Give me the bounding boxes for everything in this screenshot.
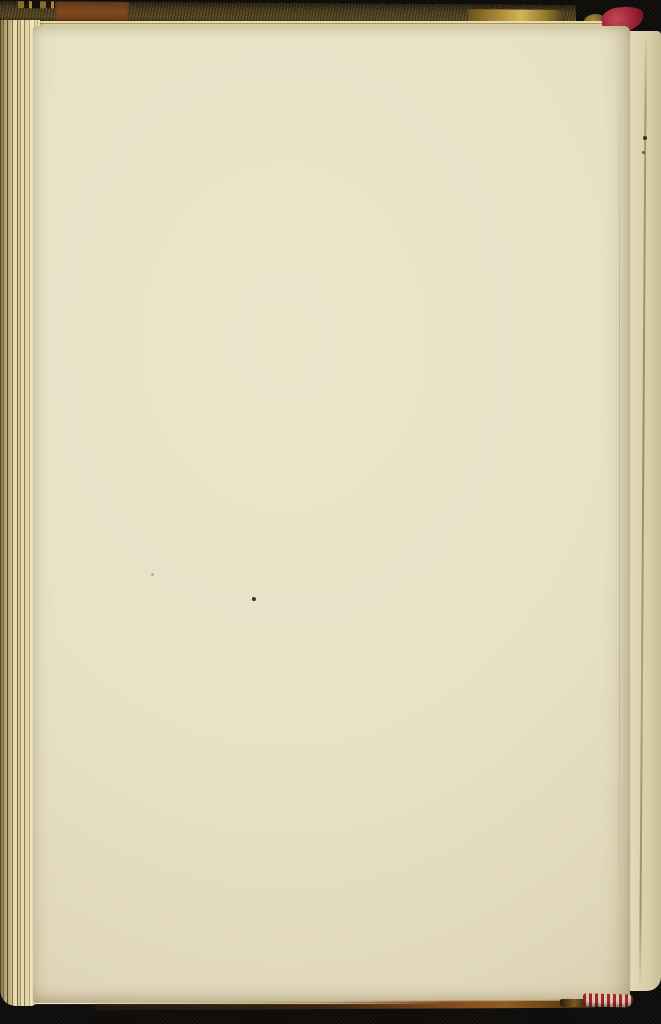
- book-scan-photo: [0, 0, 661, 1024]
- faint-paper-speck: [151, 573, 154, 576]
- cover-leather-patch: [55, 1, 129, 23]
- blank-book-page: [33, 26, 630, 1004]
- endband-bottom-striped: [583, 993, 633, 1007]
- fore-edge-speck: [643, 136, 647, 140]
- fore-edge-line: [639, 31, 647, 991]
- fore-edge-speck: [642, 151, 645, 154]
- page-edge-crease: [619, 26, 620, 1003]
- ink-speck: [252, 597, 256, 601]
